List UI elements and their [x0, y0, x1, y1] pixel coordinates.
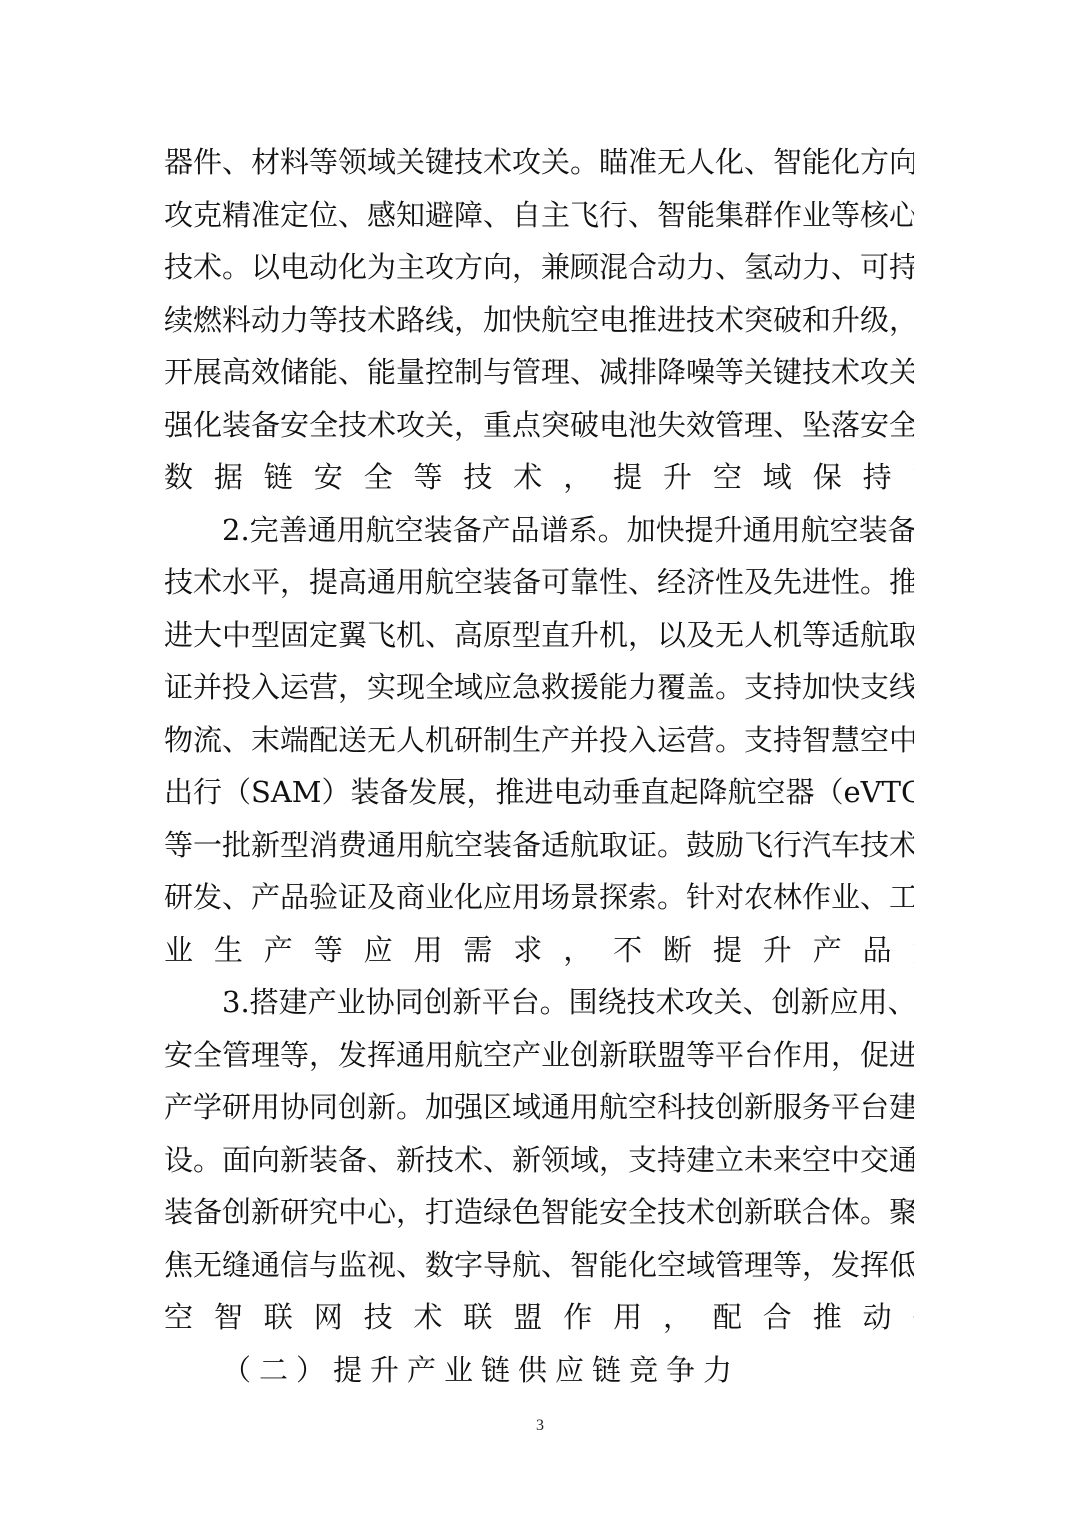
text-line: 焦无缝通信与监视、数字导航、智能化空域管理等，发挥低	[164, 1239, 914, 1292]
text-line: 证并投入运营，实现全域应急救援能力覆盖。支持加快支线	[164, 661, 914, 714]
numbered-item-heading-2: 2.完善通用航空装备产品谱系。加快提升通用航空装备	[164, 504, 914, 557]
text-line: 技术水平，提高通用航空装备可靠性、经济性及先进性。推	[164, 556, 914, 609]
text-line: 物流、末端配送无人机研制生产并投入运营。支持智慧空中	[164, 714, 914, 767]
document-body: 器件、材料等领域关键技术攻关。瞄准无人化、智能化方向， 攻克精准定位、感知避障、…	[164, 136, 914, 1396]
text-line: 出行（SAM）装备发展，推进电动垂直起降航空器（eVTOL）	[164, 766, 914, 819]
text-line: 进大中型固定翼飞机、高原型直升机，以及无人机等适航取	[164, 609, 914, 662]
page-number: 3	[0, 1417, 1080, 1435]
text-line: 研发、产品验证及商业化应用场景探索。针对农林作业、工	[164, 871, 914, 924]
text-line: 技术。以电动化为主攻方向，兼顾混合动力、氢动力、可持	[164, 241, 914, 294]
text-line: 装备创新研究中心，打造绿色智能安全技术创新联合体。聚	[164, 1186, 914, 1239]
text-line: 开展高效储能、能量控制与管理、减排降噪等关键技术攻关。	[164, 346, 914, 399]
section-heading: （二）提升产业链供应链竞争力	[164, 1344, 914, 1397]
text-line: 强化装备安全技术攻关，重点突破电池失效管理、坠落安全、	[164, 399, 914, 452]
paragraph-end-line: 数据链安全等技术，提升空域保持能力和可靠被监视能力。	[164, 451, 914, 504]
text-line: 产学研用协同创新。加强区域通用航空科技创新服务平台建	[164, 1081, 914, 1134]
text-line: 设。面向新装备、新技术、新领域，支持建立未来空中交通	[164, 1134, 914, 1187]
numbered-item-heading-3: 3.搭建产业协同创新平台。围绕技术攻关、创新应用、	[164, 976, 914, 1029]
document-page: 器件、材料等领域关键技术攻关。瞄准无人化、智能化方向， 攻克精准定位、感知避障、…	[0, 0, 1080, 1527]
text-line: 续燃料动力等技术路线，加快航空电推进技术突破和升级，	[164, 294, 914, 347]
paragraph-end-line: 空智联网技术联盟作用，配合推动低空智联网体系布局。	[164, 1291, 914, 1344]
text-line: 安全管理等，发挥通用航空产业创新联盟等平台作用，促进	[164, 1029, 914, 1082]
text-line: 攻克精准定位、感知避障、自主飞行、智能集群作业等核心	[164, 189, 914, 242]
paragraph-end-line: 业生产等应用需求，不断提升产品竞争力和市场适应性。	[164, 924, 914, 977]
text-line: 器件、材料等领域关键技术攻关。瞄准无人化、智能化方向，	[164, 136, 914, 189]
text-line: 等一批新型消费通用航空装备适航取证。鼓励飞行汽车技术	[164, 819, 914, 872]
